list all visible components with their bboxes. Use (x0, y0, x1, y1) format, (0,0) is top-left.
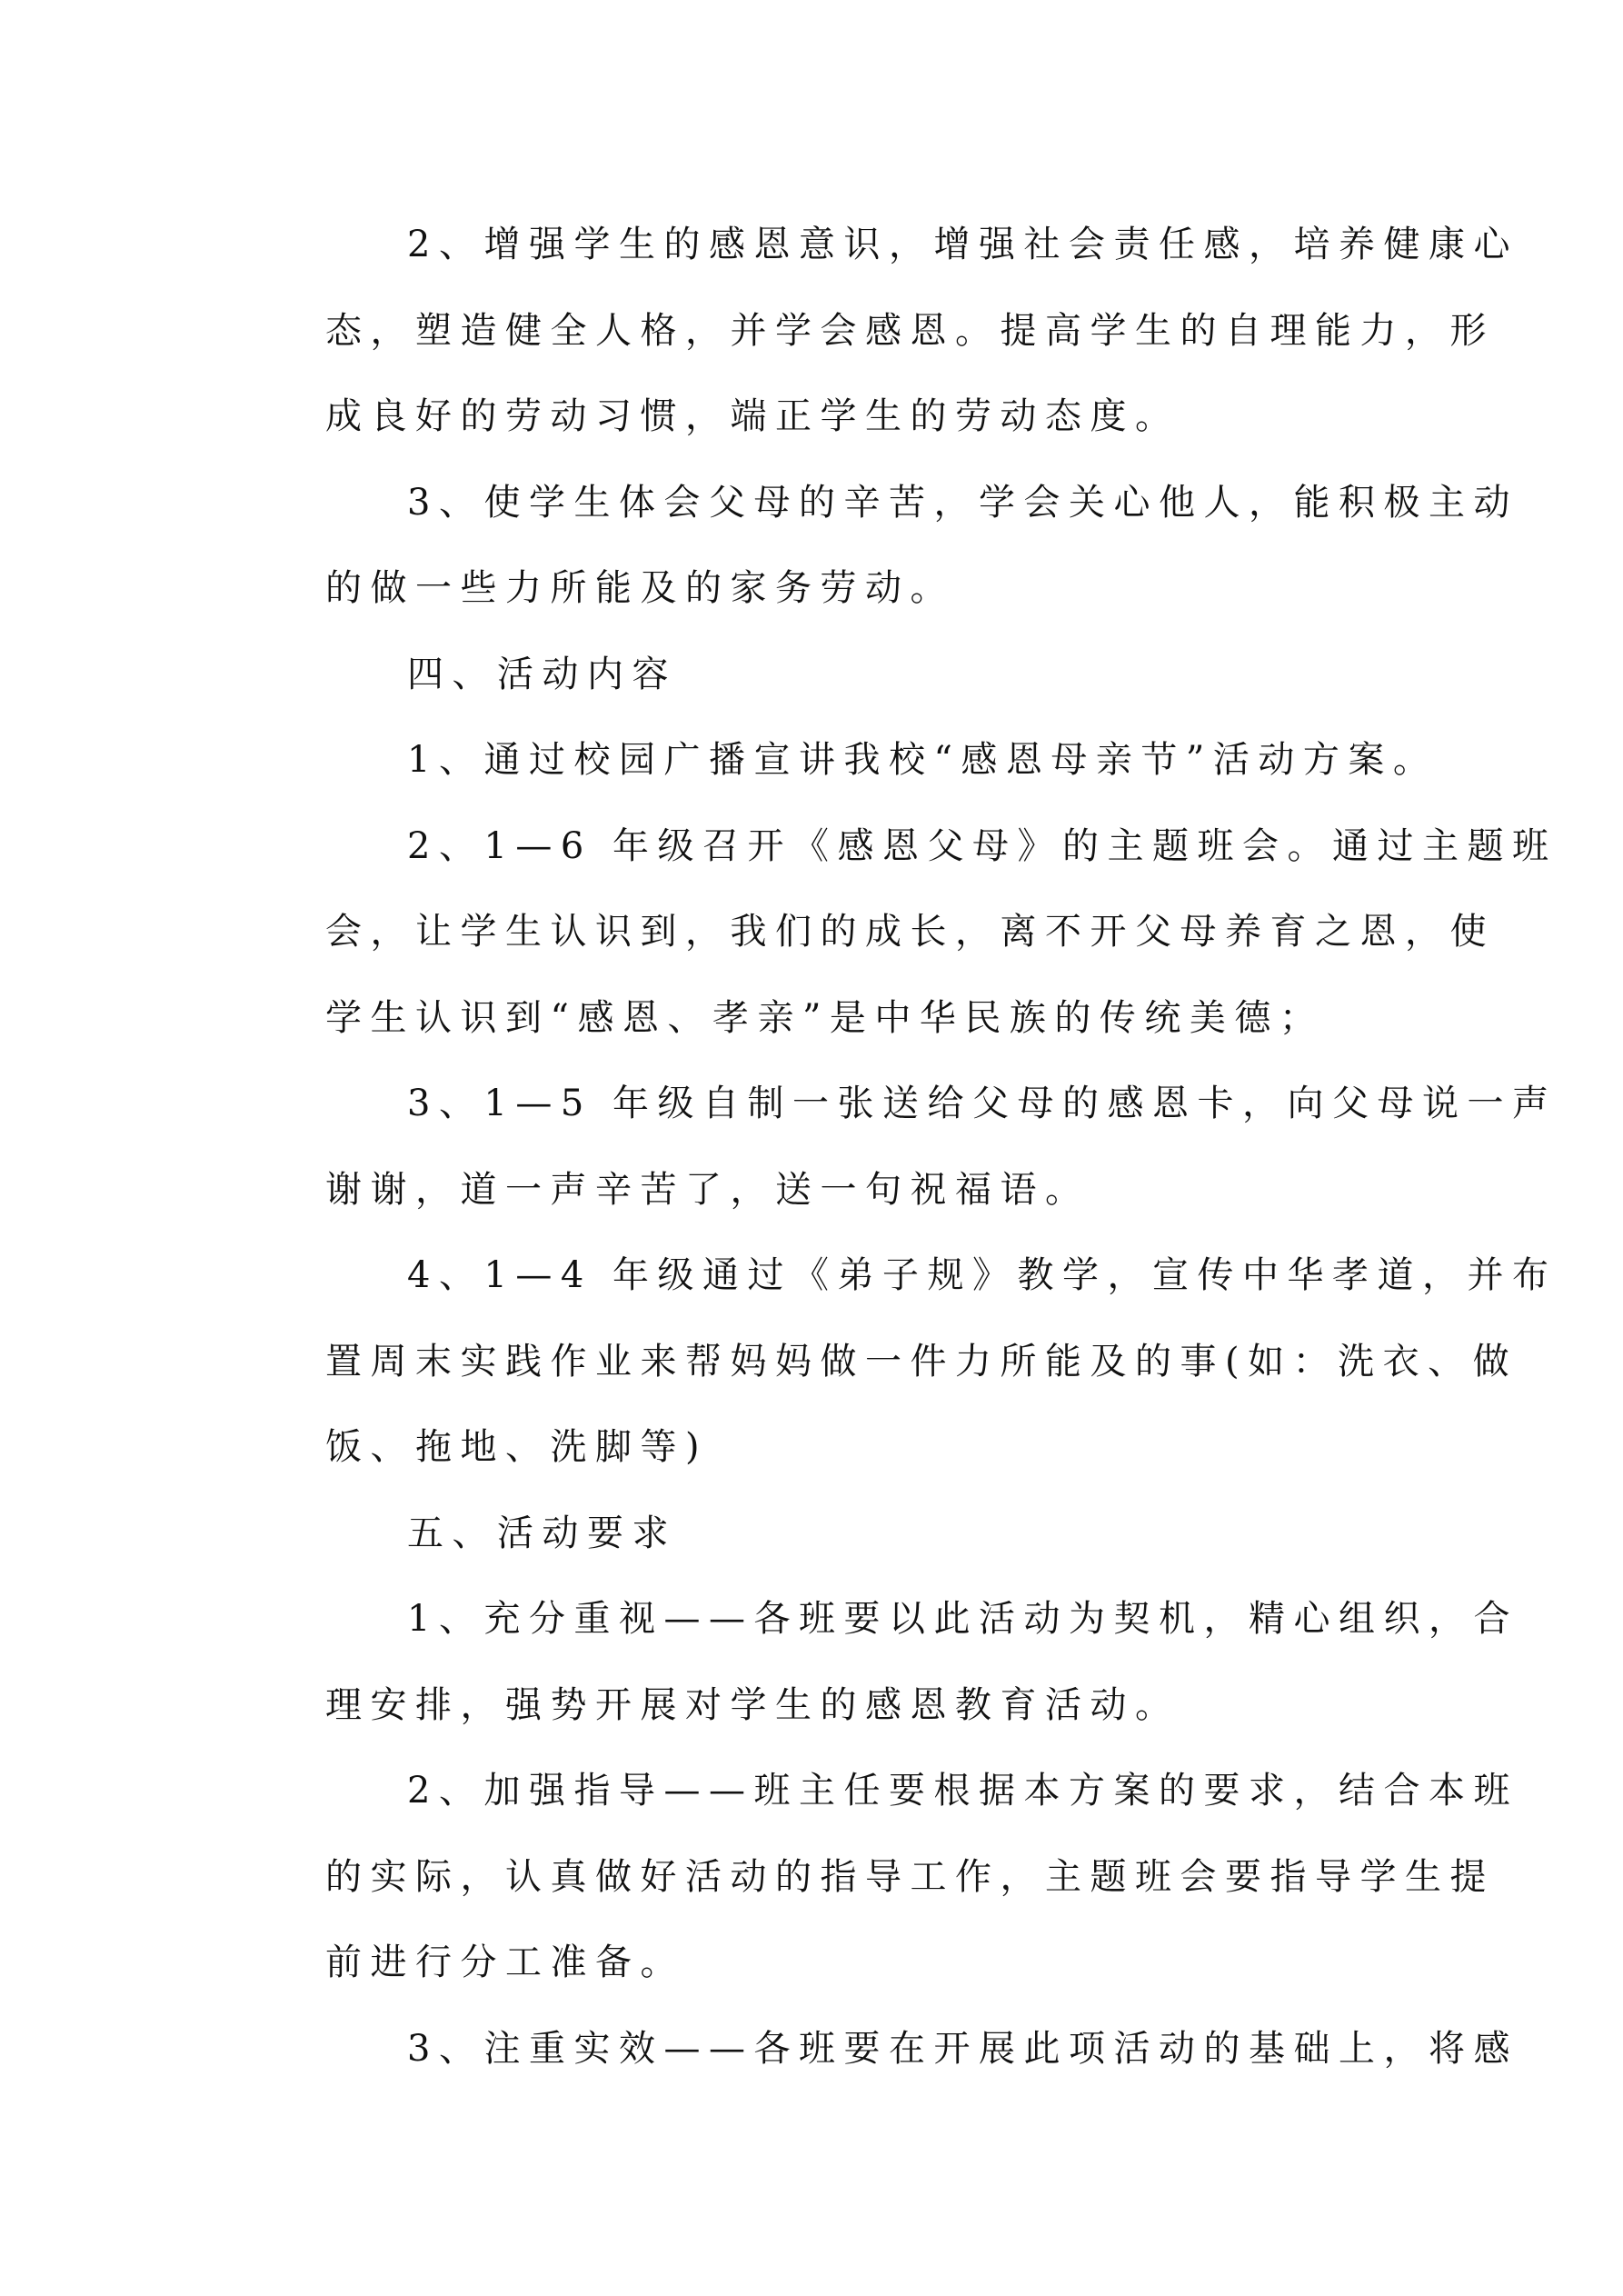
content-item-1: 1、通过校园广播宣讲我校“感恩母亲节”活动方案。 (244, 717, 1387, 804)
text-line: 3、1—5 年级自制一张送给父母的感恩卡，向父母说一声 (244, 1061, 1387, 1147)
text-line: 理安排，强势开展对学生的感恩教育活动。 (244, 1662, 1387, 1749)
requirement-item-3: 3、注重实效——各班要在开展此项活动的基础上，将感 (244, 2006, 1387, 2092)
text-line: 2、加强指导——班主任要根据本方案的要求，结合本班 (244, 1748, 1387, 1834)
document-page: 2、增强学生的感恩意识，增强社会责任感，培养健康心 态，塑造健全人格，并学会感恩… (244, 202, 1387, 2091)
text-line: 的做一些力所能及的家务劳动。 (244, 545, 1387, 632)
section-heading-activity-content: 四、活动内容 (244, 632, 1387, 718)
text-line: 1、充分重视——各班要以此活动为契机，精心组织，合 (244, 1576, 1387, 1662)
text-line: 3、使学生体会父母的辛苦，学会关心他人，能积极主动 (244, 460, 1387, 546)
objective-item-3: 3、使学生体会父母的辛苦，学会关心他人，能积极主动 的做一些力所能及的家务劳动。 (244, 460, 1387, 632)
text-line: 谢谢，道一声辛苦了，送一句祝福语。 (244, 1147, 1387, 1233)
text-line: 置周末实践作业来帮妈妈做一件力所能及的事(如：洗衣、做 (244, 1319, 1387, 1405)
text-line: 4、1—4 年级通过《弟子规》教学，宣传中华孝道，并布 (244, 1233, 1387, 1319)
section-heading: 五、活动要求 (244, 1491, 1387, 1577)
text-line: 前进行分工准备。 (244, 1920, 1387, 2006)
text-line: 会，让学生认识到，我们的成长，离不开父母养育之恩，使 (244, 889, 1387, 975)
text-line: 学生认识到“感恩、孝亲”是中华民族的传统美德； (244, 975, 1387, 1062)
content-item-3: 3、1—5 年级自制一张送给父母的感恩卡，向父母说一声 谢谢，道一声辛苦了，送一… (244, 1061, 1387, 1233)
requirement-item-2: 2、加强指导——班主任要根据本方案的要求，结合本班 的实际，认真做好活动的指导工… (244, 1748, 1387, 2006)
text-line: 成良好的劳动习惯，端正学生的劳动态度。 (244, 374, 1387, 460)
text-line: 3、注重实效——各班要在开展此项活动的基础上，将感 (244, 2006, 1387, 2092)
content-item-2: 2、1—6 年级召开《感恩父母》的主题班会。通过主题班 会，让学生认识到，我们的… (244, 804, 1387, 1062)
text-line: 的实际，认真做好活动的指导工作，主题班会要指导学生提 (244, 1834, 1387, 1921)
text-line: 态，塑造健全人格，并学会感恩。提高学生的自理能力，形 (244, 288, 1387, 374)
text-line: 饭、拖地、洗脚等) (244, 1404, 1387, 1491)
section-heading: 四、活动内容 (244, 632, 1387, 718)
content-item-4: 4、1—4 年级通过《弟子规》教学，宣传中华孝道，并布 置周末实践作业来帮妈妈做… (244, 1233, 1387, 1491)
section-heading-activity-requirements: 五、活动要求 (244, 1491, 1387, 1577)
requirement-item-1: 1、充分重视——各班要以此活动为契机，精心组织，合 理安排，强势开展对学生的感恩… (244, 1576, 1387, 1748)
objective-item-2: 2、增强学生的感恩意识，增强社会责任感，培养健康心 态，塑造健全人格，并学会感恩… (244, 202, 1387, 460)
text-line: 2、1—6 年级召开《感恩父母》的主题班会。通过主题班 (244, 804, 1387, 890)
text-line: 1、通过校园广播宣讲我校“感恩母亲节”活动方案。 (244, 717, 1387, 804)
text-line: 2、增强学生的感恩意识，增强社会责任感，培养健康心 (244, 202, 1387, 288)
